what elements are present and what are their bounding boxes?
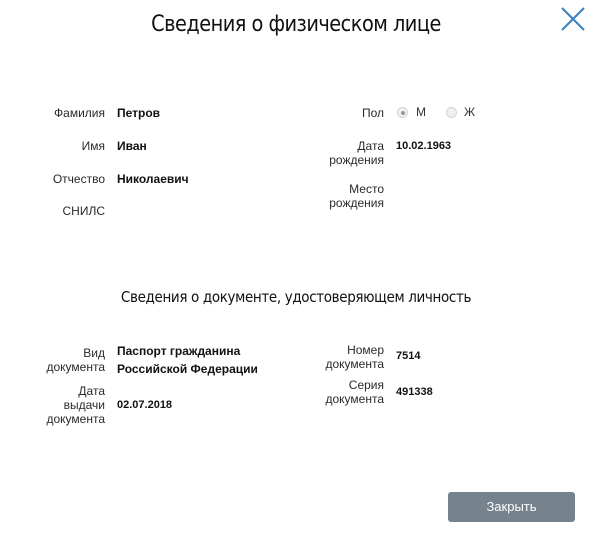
doc-number-label: Номер документа [300,343,384,371]
close-x-icon [560,6,586,32]
gender-female-label[interactable]: Ж [464,105,475,119]
close-dialog-button[interactable]: Закрыть [448,492,575,522]
patronymic-value: Николаевич [117,170,189,188]
birth-date-label: Дата рождения [300,139,384,167]
close-button[interactable] [560,6,586,32]
snils-label: СНИЛС [30,204,105,218]
gender-label: Пол [300,106,384,120]
gender-female-radio[interactable] [446,107,457,118]
doc-series-value: 491338 [396,383,433,401]
doc-type-value: Паспорт гражданина Российской Федерации [117,342,258,378]
gender-male-radio[interactable] [397,107,408,118]
doc-series-label: Серия документа [300,378,384,406]
doc-type-label: Вид документа [30,346,105,374]
name-value: Иван [117,137,147,155]
birth-place-label: Место рождения [300,182,384,210]
document-section-title: Сведения о документе, удостоверяющем лич… [30,288,563,306]
doc-number-value: 7514 [396,347,420,365]
gender-male-label[interactable]: М [416,105,426,119]
patronymic-label: Отчество [30,172,105,186]
surname-label: Фамилия [30,106,105,120]
issue-date-value: 02.07.2018 [117,396,172,414]
surname-value: Петров [117,104,160,122]
dialog-title: Сведения о физическом лице [36,12,557,37]
name-label: Имя [30,139,105,153]
birth-date-value: 10.02.1963 [396,137,451,155]
issue-date-label: Дата выдачи документа [30,384,105,426]
